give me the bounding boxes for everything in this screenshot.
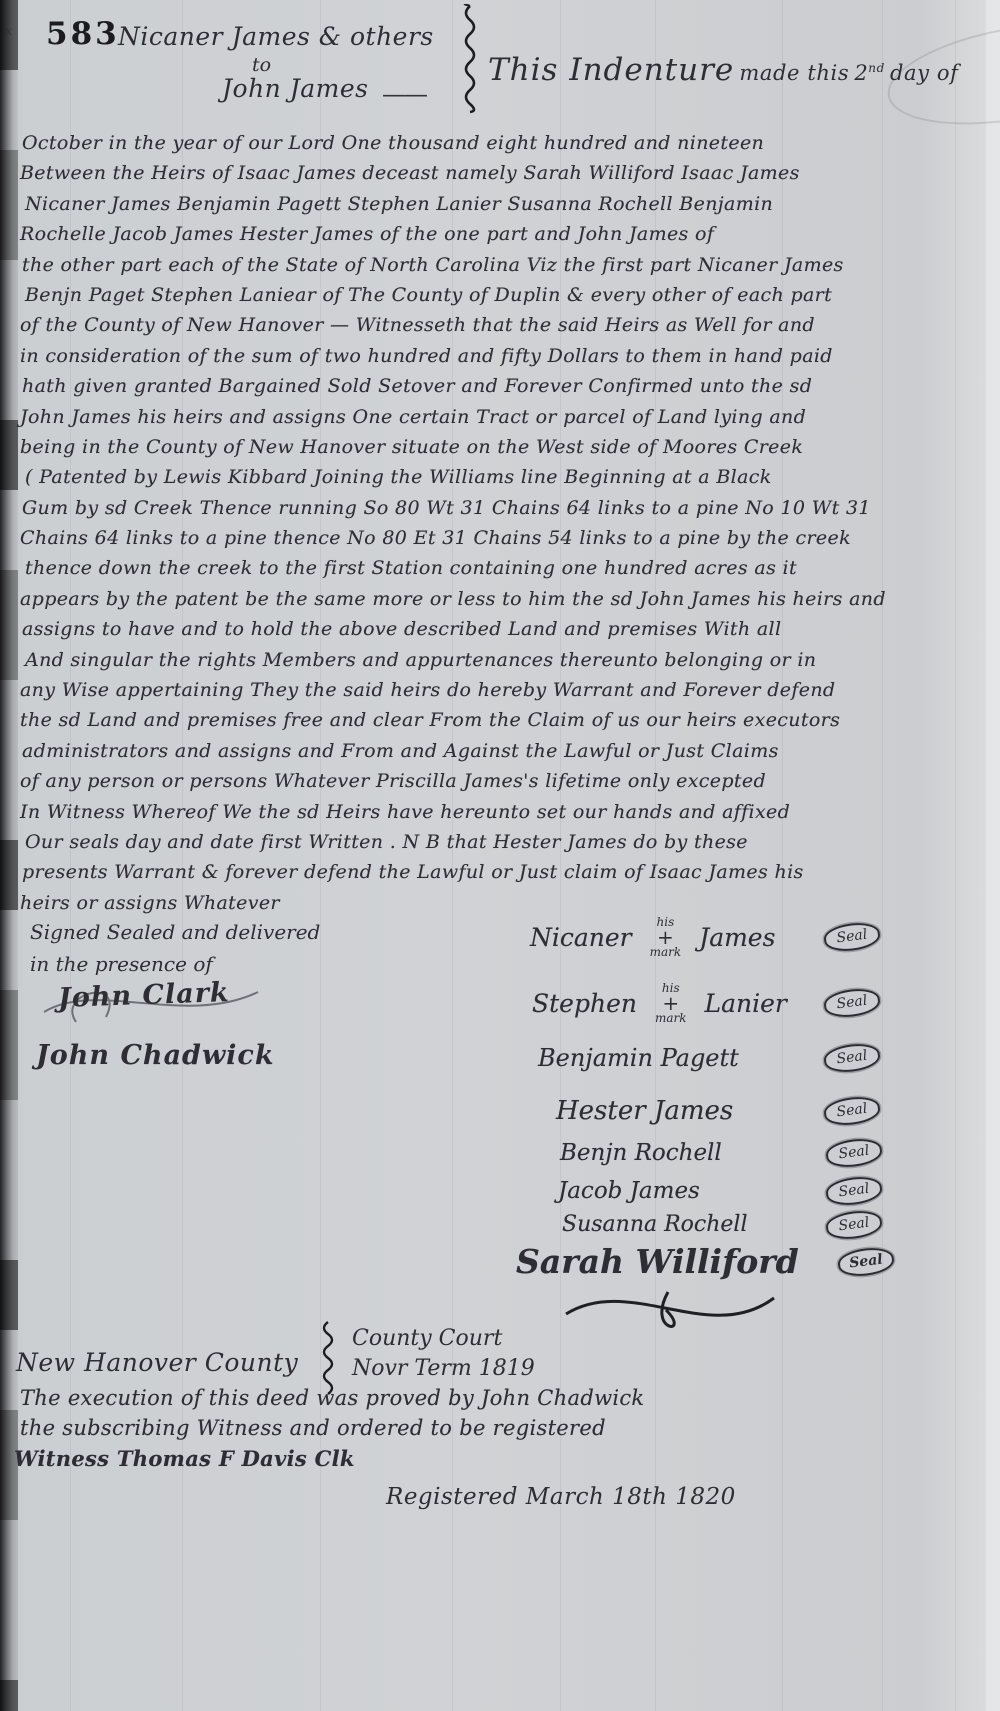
- signature-row: Jacob James Seal: [558, 1178, 882, 1204]
- signatory-name: Benjamin Pagett: [538, 1044, 739, 1072]
- deed-text-line: appears by the patent be the same more o…: [20, 584, 988, 614]
- signatory-name: Jacob James: [558, 1178, 700, 1204]
- deed-text-line: the sd Land and premises free and clear …: [20, 705, 988, 735]
- his-mark: his + mark: [655, 982, 687, 1024]
- signatory-given-name: Nicaner: [530, 923, 632, 952]
- deed-text-line: Between the Heirs of Isaac James deceast…: [20, 158, 988, 188]
- court-name: County Court: [352, 1326, 502, 1351]
- page-number: 583: [46, 16, 120, 52]
- attestation-line: Signed Sealed and delivered: [30, 916, 320, 948]
- court-term: Novr Term 1819: [352, 1356, 535, 1381]
- opening-mid: made this: [739, 61, 849, 85]
- registration-note: Registered March 18th 1820: [386, 1484, 736, 1510]
- witness-signature: John Chadwick: [36, 1040, 275, 1071]
- deed-text-line: in consideration of the sum of two hundr…: [20, 341, 988, 371]
- deed-text-line: presents Warrant & forever defend the La…: [20, 857, 988, 887]
- seal-stamp: Seal: [823, 1094, 882, 1128]
- deed-book-page: x 583 Nicaner James & others to John Jam…: [0, 0, 1000, 1711]
- deed-body-text: October in the year of our Lord One thou…: [20, 128, 988, 918]
- signatory-given-name: Stephen: [532, 989, 637, 1018]
- signatory-name: Benjn Rochell: [560, 1140, 722, 1166]
- deed-text-line: being in the County of New Hanover situa…: [20, 432, 988, 462]
- deed-text-line: any Wise appertaining They the said heir…: [20, 675, 988, 705]
- signatory-surname: Lanier: [705, 989, 787, 1018]
- deed-text-line: Rochelle Jacob James Hester James of the…: [20, 219, 988, 249]
- seal-stamp: Seal: [837, 1245, 896, 1279]
- deed-text-line: ( Patented by Lewis Kibbard Joining the …: [20, 462, 988, 492]
- signature-row: Hester James Seal: [556, 1096, 880, 1126]
- attestation-clause: Signed Sealed and delivered in the prese…: [30, 916, 320, 980]
- deed-text-line: the other part each of the State of Nort…: [20, 250, 988, 280]
- signature-row: Sarah Williford Seal: [516, 1242, 894, 1281]
- seal-stamp: Seal: [825, 1174, 884, 1208]
- deed-text-line: And singular the rights Members and appu…: [20, 645, 988, 675]
- court-county: New Hanover County: [16, 1348, 298, 1377]
- indenture-opening-line: This Indenture made this 2nd day of: [488, 52, 996, 88]
- deed-text-line: of the County of New Hanover — Witnesset…: [20, 310, 988, 340]
- deed-text-line: Chains 64 links to a pine thence No 80 E…: [20, 523, 988, 553]
- certification-line: The execution of this deed was proved by…: [20, 1386, 644, 1410]
- grantee-name: John James: [222, 74, 368, 103]
- signature-row: Stephen his + mark Lanier Seal: [532, 982, 880, 1024]
- signatory-name: Susanna Rochell: [562, 1212, 748, 1237]
- to-label: to: [252, 54, 271, 76]
- signatory-surname: James: [699, 923, 775, 952]
- header-brace-squiggle: [460, 4, 476, 114]
- deed-text-line: administrators and assigns and From and …: [20, 736, 988, 766]
- deed-text-line: assigns to have and to hold the above de…: [20, 614, 988, 644]
- opening-lead: This Indenture: [488, 52, 734, 88]
- deed-text-line: Benjn Paget Stephen Laniear of The Count…: [20, 280, 988, 310]
- signature-row: Benjamin Pagett Seal: [538, 1044, 880, 1072]
- deed-text-line: In Witness Whereof We the sd Heirs have …: [20, 797, 988, 827]
- deed-text-line: Our seals day and date first Written . N…: [20, 827, 988, 857]
- certification-line: the subscribing Witness and ordered to b…: [20, 1416, 606, 1440]
- signature-row: Susanna Rochell Seal: [562, 1212, 882, 1237]
- deed-text-line: John James his heirs and assigns One cer…: [20, 402, 988, 432]
- opening-day: 2nd: [854, 61, 885, 85]
- deed-text-line: October in the year of our Lord One thou…: [20, 128, 988, 158]
- signatory-name: Sarah Williford: [516, 1242, 799, 1281]
- deed-text-line: hath given granted Bargained Sold Setove…: [20, 371, 988, 401]
- grantor-name: Nicaner James & others: [118, 22, 434, 51]
- deed-text-line: heirs or assigns Whatever: [20, 888, 988, 918]
- clerk-attestation: Witness Thomas F Davis Clk: [14, 1446, 355, 1471]
- opening-tail: day of: [890, 61, 959, 85]
- dash-flourish: ——: [382, 80, 426, 108]
- his-mark: his + mark: [650, 916, 682, 958]
- deed-text-line: thence down the creek to the first Stati…: [20, 553, 988, 583]
- seal-stamp: Seal: [823, 920, 882, 954]
- signature-row: Nicaner his + mark James Seal: [530, 916, 880, 958]
- signatory-name: Hester James: [556, 1096, 733, 1126]
- signature-row: Benjn Rochell Seal: [560, 1140, 882, 1166]
- deed-text-line: of any person or persons Whatever Prisci…: [20, 766, 988, 796]
- deed-text-line: Gum by sd Creek Thence running So 80 Wt …: [20, 493, 988, 523]
- corner-mark: x: [5, 24, 12, 39]
- seal-stamp: Seal: [823, 986, 882, 1020]
- seal-stamp: Seal: [823, 1041, 882, 1075]
- witness-signature: John Clark: [58, 977, 231, 1014]
- seal-stamp: Seal: [825, 1136, 884, 1170]
- deed-text-line: Nicaner James Benjamin Pagett Stephen La…: [20, 189, 988, 219]
- seal-stamp: Seal: [825, 1208, 884, 1242]
- signature-flourish: [560, 1288, 780, 1338]
- page-right-edge: [986, 0, 1000, 1711]
